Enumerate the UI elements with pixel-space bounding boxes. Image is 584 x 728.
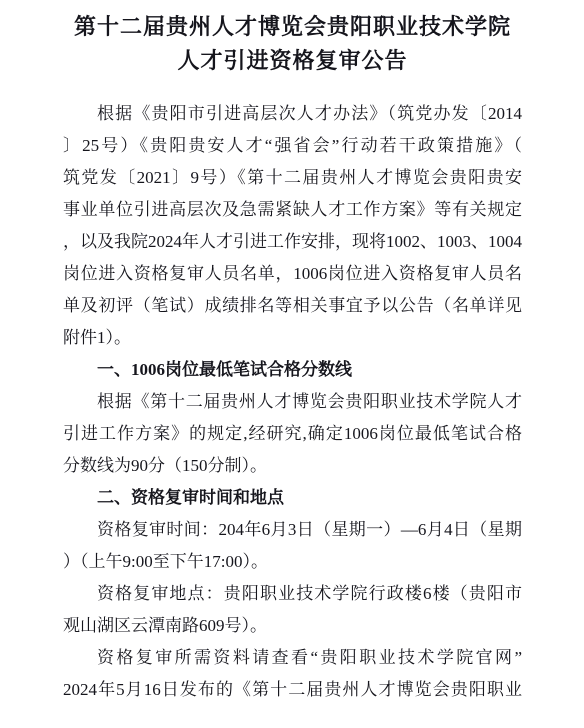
doc-line: 分数线为90分（150分制）。	[63, 450, 522, 482]
doc-line: 〕25号）《贵阳贵安人才“强省会”行动若干政策措施》（	[63, 130, 522, 162]
section-1-heading: 一、1006岗位最低笔试合格分数线	[63, 354, 522, 386]
document-page: 第十二届贵州人才博览会贵阳职业技术学院 人才引进资格复审公告 根据《贵阳市引进高…	[0, 0, 584, 728]
doc-line: 根据《第十二届贵州人才博览会贵阳职业技术学院人才	[63, 386, 522, 418]
doc-body: 根据《贵阳市引进高层次人才办法》（筑党办发〔2014 〕25号）《贵阳贵安人才“…	[63, 98, 522, 706]
doc-line: ）（上午9:00至下午17:00）。	[63, 546, 522, 578]
doc-line: 根据《贵阳市引进高层次人才办法》（筑党办发〔2014	[63, 98, 522, 130]
doc-line: ，以及我院2024年人才引进工作安排，现将1002、1003、1004	[63, 226, 522, 258]
doc-line: 2024年5月16日发布的《第十二届贵州人才博览会贵阳职业	[63, 674, 522, 706]
section-2-heading: 二、资格复审时间和地点	[63, 482, 522, 514]
doc-line: 单及初评（笔试）成绩排名等相关事宜予以公告（名单详见	[63, 290, 522, 322]
doc-line: 资格复审所需资料请查看“贵阳职业技术学院官网”	[63, 642, 522, 674]
doc-title: 第十二届贵州人才博览会贵阳职业技术学院 人才引进资格复审公告	[63, 10, 522, 78]
doc-title-line2: 人才引进资格复审公告	[63, 44, 522, 78]
doc-line: 事业单位引进高层次及急需紧缺人才工作方案》等有关规定	[63, 194, 522, 226]
doc-line: 岗位进入资格复审人员名单，1006岗位进入资格复审人员名	[63, 258, 522, 290]
doc-line: 资格复审时间：204年6月3日（星期一）—6月4日（星期二	[63, 514, 522, 546]
doc-line: 引进工作方案》的规定,经研究,确定1006岗位最低笔试合格	[63, 418, 522, 450]
doc-line: 观山湖区云潭南路609号）。	[63, 610, 522, 642]
doc-line: 附件1）。	[63, 322, 522, 354]
doc-title-line1: 第十二届贵州人才博览会贵阳职业技术学院	[63, 10, 522, 44]
doc-line: 资格复审地点：贵阳职业技术学院行政楼6楼（贵阳市	[63, 578, 522, 610]
doc-line: 筑党发〔2021〕9号）《第十二届贵州人才博览会贵阳贵安	[63, 162, 522, 194]
